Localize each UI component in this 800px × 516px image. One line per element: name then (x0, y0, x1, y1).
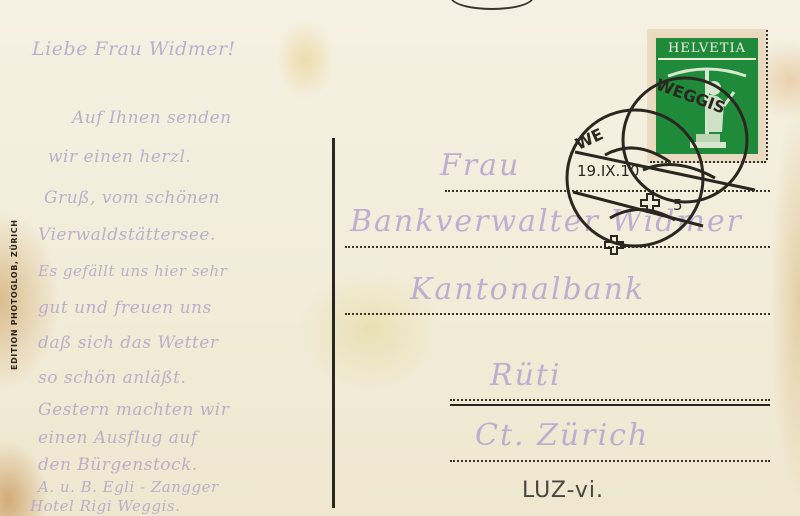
publisher-imprint: EDITION PHOTOGLOB, ZÜRICH (10, 219, 19, 370)
address-rule-town (450, 399, 770, 401)
address-rule (450, 460, 770, 462)
message-line: so schön anläßt. (38, 368, 186, 388)
address-line-town: Rüti (490, 358, 562, 393)
message-line: einen Ausflug auf (38, 428, 198, 448)
message-line: Gruß, vom schönen (44, 188, 220, 208)
message-line: wir einen herzl. (48, 147, 191, 167)
postcard-back: EDITION PHOTOGLOB, ZÜRICH Liebe Frau Wid… (0, 0, 800, 516)
postmark-date: 19.IX.10 (577, 162, 639, 180)
message-line: Hotel Rigi Weggis. (30, 497, 180, 515)
address-line-canton: Ct. Zürich (475, 418, 649, 453)
message-line: A. u. B. Egli - Zangger (38, 478, 219, 496)
stamp-country: HELVETIA (658, 40, 756, 60)
message-line: Gestern machten wir (38, 400, 229, 420)
message-line: gut und freuen uns (38, 298, 212, 318)
message-line: daß sich das Wetter (38, 333, 218, 353)
address-line-title: Frau (440, 148, 520, 183)
postmark-hour: 5 (673, 196, 683, 214)
salutation: Liebe Frau Widmer! (32, 38, 236, 60)
message-line: Vierwaldstättersee. (38, 225, 216, 245)
message-line: Es gefällt uns hier sehr (38, 262, 227, 280)
address-line-bank: Kantonalbank (410, 272, 645, 307)
message-line: Auf Ihnen senden (72, 108, 232, 128)
address-rule (345, 313, 770, 315)
message-line: den Bürgenstock. (38, 455, 198, 475)
svg-text:WE: WE (572, 124, 606, 153)
partial-postmark-edge (450, 0, 534, 10)
pencil-annotation: LUZ-vi. (522, 478, 604, 503)
svg-text:WEGGIS: WEGGIS (653, 75, 727, 118)
message-address-divider (332, 138, 335, 508)
postmark-cancellation: WE WEGGIS 19.IX.10 5 (555, 60, 775, 260)
